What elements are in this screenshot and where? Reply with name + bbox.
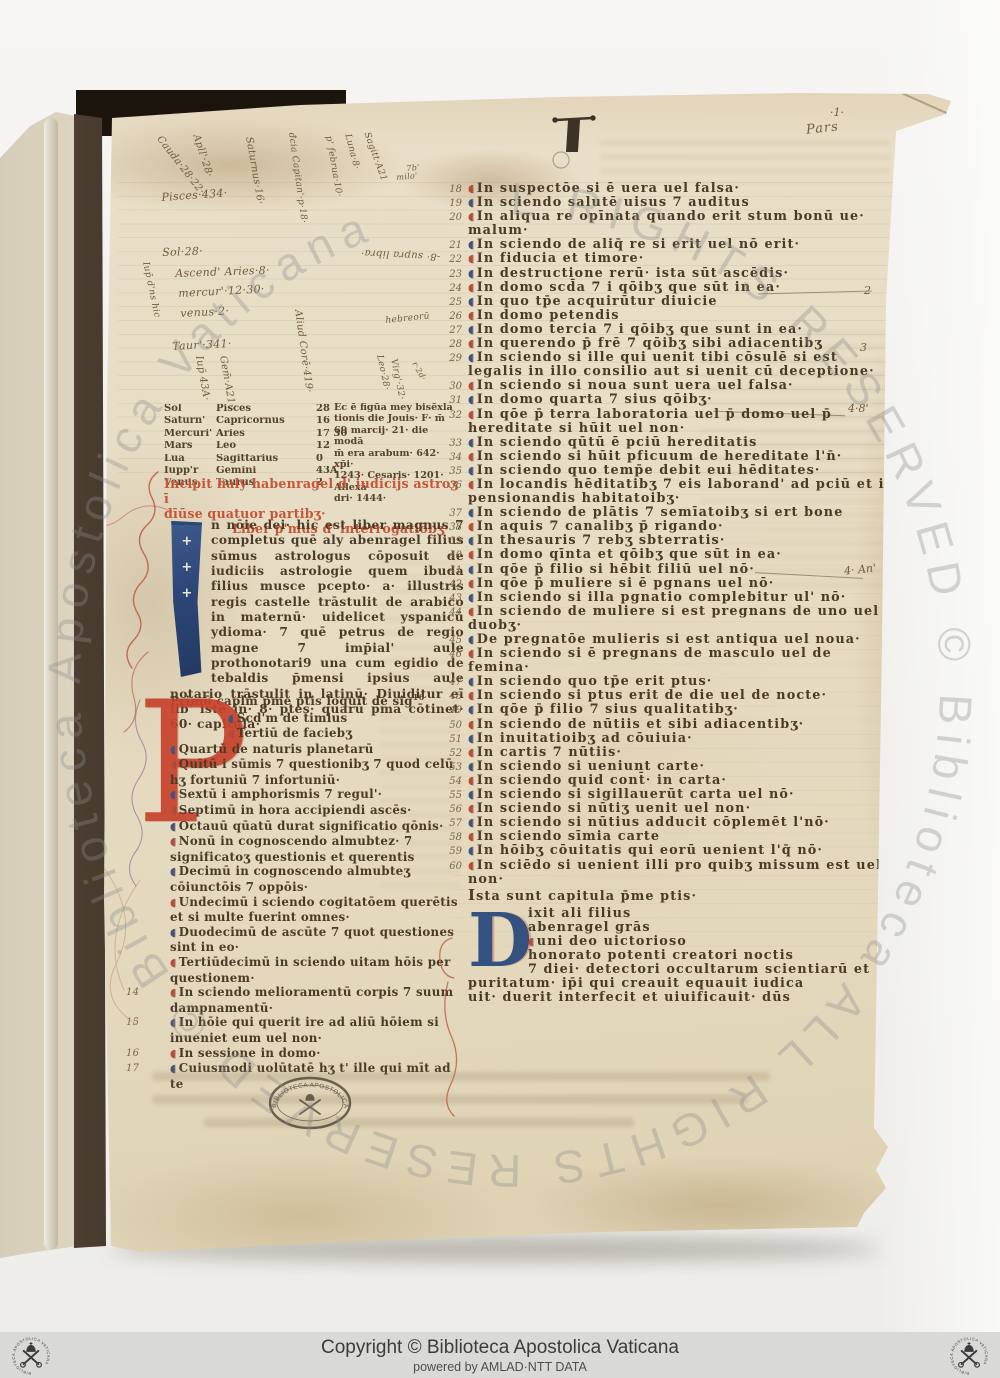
line-number: 45	[444, 634, 462, 648]
line-number: 56	[444, 803, 462, 817]
chapter-text: Decimū in cognoscendo almubteʒ cōiunctōi…	[170, 864, 411, 894]
paragraph-mark-icon: ◖	[170, 820, 176, 833]
paragraph-mark-icon: ◖	[468, 577, 474, 590]
paragraph-mark-icon: ◖	[468, 633, 474, 646]
paragraph-mark-icon: ◖	[170, 743, 176, 756]
capitulum-item: 51◖In inuitatioibʒ ad cōuiuia·	[468, 732, 892, 746]
paragraph-mark-icon: ◖	[170, 804, 176, 817]
capitulum-text: In aquis 7 canalibʒ p̄ rigando·	[477, 519, 724, 534]
line-number: 51	[444, 733, 462, 747]
paragraph-mark-icon: ◖	[170, 896, 176, 909]
planet-cell: Mars	[164, 441, 216, 451]
paragraph-mark-icon: ◖	[228, 712, 234, 725]
capitulum-text: De pregnatōe mulieris si est antiqua uel…	[477, 632, 861, 647]
capitulum-text: In sciēdo si uenient illi pro quibʒ miss…	[468, 858, 882, 887]
paragraph-mark-icon: ◖	[468, 746, 474, 759]
capitulum-item: 35◖In sciendo quo temp̄e debit eui hēdit…	[468, 464, 892, 478]
capitulum-text: In sciendo quo temp̄e debit eui hēditate…	[477, 463, 821, 478]
chapter-item: 14◖In sciendo melioramentū corpis 7 suum…	[170, 985, 466, 1015]
backdrop-highlight	[880, 0, 1000, 1332]
line-number: 43	[444, 592, 462, 606]
chapter-text: Undecimū i sciendo cogitatōem querētis e…	[170, 895, 458, 925]
paragraph-mark-icon: ◖	[468, 337, 474, 350]
capitulum-item: 26◖In domo petendis	[468, 309, 892, 323]
paragraph-mark-icon: ◖	[228, 727, 234, 740]
paragraph-mark-icon: ◖	[170, 835, 176, 848]
paragraph-mark-icon: ◖	[468, 703, 474, 716]
chapter-text: Octauū qūatū durat significatio qōnis·	[179, 819, 444, 833]
chapter-item: ◖Tertiū de faciebʒ	[170, 726, 466, 742]
capitulum-text: In sciendo si ille qui uenit tibi cōsulē…	[468, 350, 875, 379]
footer-bar: BIBLIOTECA APOSTOLICA VATICANA Copyright…	[0, 1332, 1000, 1378]
line-number: 60	[444, 860, 462, 874]
paragraph-mark-icon: ◖	[468, 830, 474, 843]
line-number: 30	[444, 380, 462, 394]
paragraph-mark-icon: ◖	[468, 816, 474, 829]
capitulum-item: 58◖In sciendo sīmia carte	[468, 830, 892, 844]
red-filigree	[127, 472, 158, 668]
chapter-text: Quītū i sūmis 7 questionibʒ 7 quod celū …	[170, 757, 454, 787]
chapter-item: ◖Scd'm de timius	[170, 711, 466, 727]
chapter-text: Sextū i amphorismis 7 regul'·	[179, 787, 382, 801]
capitulum-item: 25◖In quo tp̄e acquirūtur diuicie	[468, 295, 892, 309]
chapter-item: ◖Duodecimū de ascūte 7 quot questiones s…	[170, 925, 466, 955]
capitulum-item: 44◖In sciendo de muliere si est pregnans…	[468, 605, 892, 633]
line-number: 44	[444, 606, 462, 620]
capitulum-item: 57◖In sciendo si nūtius adducit cōplemēt…	[468, 816, 892, 830]
planet-cell: Saturn'	[164, 416, 216, 426]
capitulum-item: 39◖In thesauris 7 rebʒ sbterratis·	[468, 534, 892, 548]
capitulum-item: 45◖De pregnatōe mulieris si est antiqua …	[468, 633, 892, 647]
dedication-text: 7 diei· detectori occultarum scientiarū …	[528, 962, 870, 977]
paragraph-mark-icon: ◖	[468, 464, 474, 477]
paragraph-mark-icon: ◖	[468, 309, 474, 322]
line-number: 55	[444, 789, 462, 803]
line-number: 24	[444, 282, 462, 296]
line-number: 48	[444, 690, 462, 704]
paragraph-mark-icon: ◖	[468, 295, 474, 308]
dedication-text: abenragel grās	[528, 920, 651, 935]
paragraph-mark-icon: ◖	[468, 182, 474, 195]
capitulum-text: In destructione rerū· ista sūt ascēdis·	[477, 266, 789, 281]
line-number: 59	[444, 845, 462, 859]
dedication-text: honorato potenti creatori noctis	[528, 948, 794, 963]
line-number: 37	[444, 507, 462, 521]
line-number: 32	[444, 409, 462, 423]
chapter-number: 17	[126, 1062, 139, 1077]
folio-number: ·1·	[830, 106, 844, 119]
astro-table-row: LūaSagittarius0	[164, 454, 360, 466]
sign-cell: Leo	[216, 441, 316, 451]
paragraph-mark-icon: ◖	[468, 267, 474, 280]
dedication-text: ixit ali filius	[528, 906, 631, 921]
erased-inscription-line	[152, 1095, 748, 1104]
stamp-tiara-icon	[305, 1094, 314, 1101]
paragraph-mark-icon: ◖	[468, 534, 474, 547]
paragraph-mark-icon: ◖	[468, 563, 474, 576]
chapter-number: 14	[126, 986, 139, 1001]
capitulum-item: 47◖In sciendo quo tp̄e erit ptus·	[468, 675, 892, 689]
paragraph-mark-icon: ◖	[468, 408, 474, 421]
capitulum-text: In suspectōe si ē uera uel falsa·	[477, 181, 740, 196]
capitulum-item: 24◖In domo scd̄a 7 i qōibʒ que sūt in ea…	[468, 281, 892, 295]
astro-table-row: Saturn'Capricornus16	[164, 416, 360, 428]
paragraph-mark-icon: ◖	[170, 1047, 176, 1060]
capitulum-text: In cartis 7 nūtiis·	[477, 745, 622, 760]
line-number: 57	[444, 817, 462, 831]
line-number: 27	[444, 324, 462, 338]
pars-annotation: Pars	[805, 119, 839, 137]
capitulum-text: In locandis hēditatibʒ 7 eis laborand' a…	[468, 477, 885, 506]
marginal-note: Luna·8·	[342, 133, 361, 171]
library-stamp: BIBLIOTECA APOSTOLICA VAT·	[264, 1072, 356, 1134]
capitulum-text: In hōibʒ cōuitatis qui eorū uenient l'q̄…	[477, 843, 823, 858]
capitulum-text: In aliqua re opīnata quando erit stum bo…	[468, 209, 865, 238]
capitulum-item: 53◖In sciendo si ueniunt carte·	[468, 760, 892, 774]
chapter-number: 16	[126, 1047, 139, 1062]
capitulum-item: 46◖In sciendo si ē pregnans de masculo u…	[468, 647, 892, 675]
capitulum-item: 27◖In domo tercia 7 i qōibʒ que sunt in …	[468, 323, 892, 337]
line-number: 22	[444, 253, 462, 267]
capitulum-text: In sciendo salutē uisus 7 auditus	[477, 195, 750, 210]
chapter-text: Tertiūdecimū in sciendo uitam hōis per q…	[170, 955, 451, 985]
paragraph-mark-icon: ◖	[468, 760, 474, 773]
paragraph-mark-icon: ◖	[468, 591, 474, 604]
stamp-keys-icon	[300, 1100, 320, 1114]
paragraph-mark-icon: ◖	[468, 379, 474, 392]
capitulum-text: In thesauris 7 rebʒ sbterratis·	[477, 533, 726, 548]
line-number: 38	[444, 521, 462, 535]
paragraph-mark-icon: ◖	[468, 196, 474, 209]
astro-note-line: Ec ē figūa mey bisēxla	[334, 402, 456, 413]
capitulum-text: In fiducia et timore·	[477, 251, 645, 266]
vellum-page: ·1· Pars Cauda·28·22·Apll'·28·Saturnus·1…	[0, 0, 1000, 1332]
paragraph-mark-icon: ◖	[468, 436, 474, 449]
capitulum-item: 52◖In cartis 7 nūtiis·	[468, 746, 892, 760]
chapter-item: ◖Sextū i amphorismis 7 regul'·	[170, 787, 466, 803]
chapter-items: ◖Scd'm de timius ◖Tertiū de faciebʒ ◖Qua…	[170, 711, 466, 1092]
astro-note-line: 69 marcij· 21· die modā	[334, 425, 456, 448]
paragraph-mark-icon: ◖	[170, 926, 176, 939]
capitulum-text: In qōe p̄ filio si hēbit filiū uel nō·	[477, 562, 755, 577]
paragraph-mark-icon: ◖	[468, 450, 474, 463]
chapter-text: Scd'm de timius	[237, 711, 348, 725]
capitulum-text: In sciendo de aliq̄ re si erit uel nō er…	[477, 237, 800, 252]
line-number: 41	[444, 564, 462, 578]
paragraph-mark-icon: ◖	[468, 478, 474, 491]
powered-by-text: powered by AMLAD·NTT DATA	[0, 1360, 1000, 1374]
capitulum-item: 49◖In qōe p̄ filio 7 sius qualitatibʒ·	[468, 703, 892, 717]
paragraph-mark-icon: ◖	[468, 647, 474, 660]
capitulum-item: 29◖In sciendo si ille qui uenit tibi cōs…	[468, 351, 892, 379]
astro-table-row: SolPisces28	[164, 404, 360, 416]
paragraph-mark-icon: ◖	[468, 675, 474, 688]
paragraph-mark-icon: ◖	[468, 351, 474, 364]
paragraph-mark-icon: ◖	[468, 520, 474, 533]
capitula-column: 18◖In suspectōe si ē uera uel falsa· 19◖…	[468, 182, 892, 1005]
chapter-text: In sessione in domo·	[179, 1046, 321, 1060]
chapter-item: ◖Tertiūdecimū in sciendo uitam hōis per …	[170, 955, 466, 985]
capitulum-item: 40◖In domo qīnta et qōibʒ que sūt in ea·	[468, 548, 892, 562]
manuscript-viewer: ·1· Pars Cauda·28·22·Apll'·28·Saturnus·1…	[0, 0, 1000, 1378]
capitulum-item: 56◖In sciendo si nūtiʒ uenit uel non·	[468, 802, 892, 816]
paragraph-mark-icon: ◖	[170, 865, 176, 878]
planet-cell: Lūa	[164, 454, 216, 464]
capitulum-item: 22◖In fiducia et timore·	[468, 252, 892, 266]
sign-cell: Pisces	[216, 404, 316, 414]
paragraph-mark-icon: ◖	[468, 859, 474, 872]
planet-cell: Mercuri'	[164, 429, 216, 439]
line-number: 50	[444, 719, 462, 733]
capitulum-item: 48◖In sciendo si ptus erit de die uel de…	[468, 689, 892, 703]
capitulum-text: In sciendo si nūtius adducit cōplemēt l'…	[477, 815, 830, 830]
line-number: 23	[444, 268, 462, 282]
capitulum-text: In sciendo de muliere si est pregnans de…	[468, 604, 879, 633]
facing-page-ridge	[44, 118, 58, 1250]
capitulum-item: 36◖In locandis hēditatibʒ 7 eis laborand…	[468, 478, 892, 506]
paragraph-mark-icon: ◖	[468, 774, 474, 787]
chapter-item: ◖Undecimū i sciendo cogitatōem querētis …	[170, 895, 466, 925]
capitulum-item: 20◖In aliqua re opīnata quando erit stum…	[468, 210, 892, 238]
capitulum-text: In sciendo quo tp̄e erit ptus·	[477, 674, 713, 689]
capitulum-item: 18◖In suspectōe si ē uera uel falsa·	[468, 182, 892, 196]
pen-trial-mark	[548, 112, 608, 182]
chapter-item: ◖Nonū in cognoscendo almubtez· 7 signifi…	[170, 834, 466, 864]
capitulum-text: In sciendo de nūtiis et sibi adiacentibʒ…	[477, 717, 804, 732]
line-number: 19	[444, 197, 462, 211]
paragraph-mark-icon: ◖	[468, 506, 474, 519]
capitulum-text: In sciendo quid cont̄· in carta·	[477, 773, 727, 788]
erased-inscription-line	[152, 1072, 770, 1081]
capitulum-text: In sciendo si ē pregnans de masculo uel …	[468, 646, 832, 675]
ink-bleedthrough	[600, 140, 890, 185]
paragraph-mark-icon: ◖	[468, 718, 474, 731]
initial-ornament: + + +	[179, 529, 195, 607]
line-number: 54	[444, 775, 462, 789]
paragraph-mark-icon: ◖	[170, 986, 176, 999]
capitulum-item: 55◖In sciendo si sigillauerūt carta uel …	[468, 788, 892, 802]
capitulum-text: In querendo p̄ frē 7 qōibʒ sibi adiacent…	[477, 336, 823, 351]
capitulum-text: In sciendo sīmia carte	[477, 829, 660, 844]
capitulum-text: In sciendo de plātis 7 semīatoibʒ si ert…	[477, 505, 844, 520]
paragraph-mark-icon: ◖	[170, 758, 176, 771]
capitulum-text: In qōe p̄ terra laboratoria uel p̄ domo …	[468, 407, 832, 436]
chapter-list: P Primū caplm̄ p̄me ptis loquit de sig16…	[170, 690, 466, 1091]
line-number: 53	[444, 761, 462, 775]
chapter-text: Septimū in hora accipiendi ascēs·	[179, 803, 412, 817]
chapter-item: 15◖In hōie qui querit ire ad aliū hōiem …	[170, 1015, 466, 1045]
capitulum-text: In qōe p̄ filio 7 sius qualitatibʒ·	[477, 702, 739, 717]
capitulum-text: In sciendo si ueniunt carte·	[477, 759, 705, 774]
paragraph-mark-icon: ◖	[468, 210, 474, 223]
vatican-library-logo	[947, 1334, 991, 1378]
paragraph-mark-icon: ◖	[468, 548, 474, 561]
capitulum-text: In qōe p̄ muliere si ē pgnans uel nō·	[477, 576, 775, 591]
line-number: 29	[444, 352, 462, 366]
heading-superscript: 16	[413, 692, 425, 702]
paragraph-mark-icon: ◖	[468, 252, 474, 265]
paragraph-mark-icon: ◖	[468, 393, 474, 406]
capitulum-text: In quo tp̄e acquirūtur diuicie	[477, 294, 718, 309]
line-number: 25	[444, 296, 462, 310]
capitulum-text: In sciendo si illa pgnatio complebitur u…	[477, 590, 847, 605]
capitulum-item: 41◖In qōe p̄ filio si hēbit filiū uel nō…	[468, 563, 892, 577]
line-number: 34	[444, 451, 462, 465]
capitulum-item: 59◖In hōibʒ cōuitatis qui eorū uenient l…	[468, 844, 892, 858]
sign-cell: Aries	[216, 429, 316, 439]
marginal-note: Sol·28·	[162, 245, 203, 259]
chapter-item: ◖Septimū in hora accipiendi ascēs·	[170, 803, 466, 819]
paragraph-mark-icon: ◖	[468, 844, 474, 857]
chapter-text: Duodecimū de ascūte 7 quot questiones si…	[170, 925, 454, 955]
capitulum-item: 31◖In domo quarta 7 sius qōibʒ·	[468, 393, 892, 407]
line-number: 42	[444, 578, 462, 592]
chapter-text: Nonū in cognoscendo almubtez· 7 signific…	[170, 834, 415, 864]
chapter-item: ◖Quītū i sūmis 7 questionibʒ 7 quod celū…	[170, 757, 466, 787]
paragraph-mark-icon: ◖	[468, 281, 474, 294]
capitulum-item: 30◖In sciendo si noua sunt uera uel fals…	[468, 379, 892, 393]
capitulum-text: In domo quarta 7 sius qōibʒ·	[477, 392, 713, 407]
capitulum-text: In sciendo si nūtiʒ uenit uel non·	[477, 801, 751, 816]
paragraph-mark-icon: ◖	[170, 956, 176, 969]
line-number: 28	[444, 338, 462, 352]
line-number: 47	[444, 676, 462, 690]
capitulum-item: 60◖In sciēdo si uenient illi pro quibʒ m…	[468, 859, 892, 887]
chapter-item: ◖Octauū qūatū durat significatio qōnis·	[170, 819, 466, 835]
paragraph-mark-icon: ◖	[468, 788, 474, 801]
chapter-number: 15	[126, 1016, 139, 1031]
marginal-note: Sagitt·A21	[362, 131, 389, 183]
line-number: 26	[444, 310, 462, 324]
capitulum-text: In sciendo qūtū ē pciū hereditatis	[477, 435, 758, 450]
paragraph-mark-icon: ◖	[170, 788, 176, 801]
planet-cell: Sol	[164, 404, 216, 414]
marginal-note: venus·2·	[180, 304, 230, 320]
line-number: 40	[444, 549, 462, 563]
capitulum-text: In sciendo si noua sunt uera uel falsa·	[477, 378, 794, 393]
line-number: 21	[444, 239, 462, 253]
paragraph-mark-icon: ◖	[170, 1016, 176, 1029]
marginal-note: Apll'·28·	[191, 133, 215, 179]
paragraph-mark-icon: ◖	[468, 689, 474, 702]
line-number: 58	[444, 831, 462, 845]
chapter-text: In sciendo melioramentū corpis 7 suum da…	[170, 985, 453, 1015]
initial-i: + + +	[170, 521, 202, 677]
marginal-note: milo'	[396, 171, 418, 182]
chapter-text: In hōie qui querit ire ad aliū hōiem si …	[170, 1015, 439, 1045]
capitulum-text: In sciendo si hūit pficuum de hereditate…	[477, 449, 843, 464]
chapter-item: ◖Quartū de naturis planetarū	[170, 742, 466, 758]
astro-table-row: Mercuri'Aries17 30	[164, 429, 360, 441]
dedication-text: uni deo uictorioso	[537, 934, 687, 949]
chapter-text: Tertiū de faciebʒ	[237, 726, 353, 740]
paragraph-mark-icon: ◖	[468, 802, 474, 815]
capitulum-item: 50◖In sciendo de nūtiis et sibi adiacent…	[468, 718, 892, 732]
astro-note-line: m̄ era arabum· 642· xp̄i·	[334, 448, 456, 471]
capitulum-text: In sciendo si ptus erit de die uel de no…	[477, 688, 827, 703]
chapter-text: Quartū de naturis planetarū	[179, 742, 374, 756]
capitulum-item: 37◖In sciendo de plātis 7 semīatoibʒ si …	[468, 506, 892, 520]
capitulum-text: In sciendo si sigillauerūt carta uel nō·	[477, 787, 795, 802]
line-number: 35	[444, 465, 462, 479]
capitulum-text: In domo scd̄a 7 i qōibʒ que sūt in ea·	[477, 280, 781, 295]
capitulum-item: 54◖In sciendo quid cont̄· in carta·	[468, 774, 892, 788]
capitulum-item: 19◖In sciendo salutē uisus 7 auditus	[468, 196, 892, 210]
sign-cell: Sagittarius	[216, 454, 316, 464]
capitulum-text: In domo petendis	[477, 308, 620, 323]
capitulum-item: 32◖In qōe p̄ terra laboratoria uel p̄ do…	[468, 408, 892, 436]
line-number: 49	[444, 704, 462, 718]
paragraph-mark-icon: ◖	[468, 605, 474, 618]
line-number: 46	[444, 648, 462, 662]
dedication-text: uit· duerit interfecit et uiuificauit· d…	[468, 990, 791, 1005]
capitulum-text: In inuitatioibʒ ad cōuiuia·	[477, 731, 693, 746]
chapter-item: 16◖In sessione in domo·	[170, 1046, 466, 1062]
sign-cell: Gemini	[216, 466, 316, 476]
line-number: 33	[444, 437, 462, 451]
line-number: 39	[444, 535, 462, 549]
capitula-items: 18◖In suspectōe si ē uera uel falsa· 19◖…	[468, 182, 892, 887]
capitulum-item: 43◖In sciendo si illa pgnatio complebitu…	[468, 591, 892, 605]
capitulum-item: 34◖In sciendo si hūit pficuum de heredit…	[468, 450, 892, 464]
rubric-line: Incipit haly habenragel d' iudicijs astr…	[164, 476, 464, 506]
line-number: 36	[444, 479, 462, 493]
line-number: 52	[444, 747, 462, 761]
dedication-line: uit· duerit interfecit et uiuificauit· d…	[468, 991, 892, 1005]
chapter-item: ◖Decimū in cognoscendo almubteʒ cōiunctō…	[170, 864, 466, 894]
astro-note-line: tionis die Jouis· F· m̄	[334, 413, 456, 424]
capitulum-item: 28◖In querendo p̄ frē 7 qōibʒ sibi adiac…	[468, 337, 892, 351]
line-number: 18	[444, 183, 462, 197]
capitulum-item: 38◖In aquis 7 canalibʒ p̄ rigando·	[468, 520, 892, 534]
capitulum-item: 42◖In qōe p̄ muliere si ē pgnans uel nō·	[468, 577, 892, 591]
dedication-block: D ixit ali filius abenragel grās ◖uni de…	[468, 907, 892, 1006]
astro-table-row: MarsLeo12	[164, 441, 360, 453]
capitulum-item: 21◖In sciendo de aliq̄ re si erit uel nō…	[468, 238, 892, 252]
paragraph-mark-icon: ◖	[468, 732, 474, 745]
line-number: 31	[444, 394, 462, 408]
capitulum-text: In domo qīnta et qōibʒ que sūt in ea·	[477, 547, 782, 562]
line-number: 20	[444, 211, 462, 225]
capitulum-item: 33◖In sciendo qūtū ē pciū hereditatis	[468, 436, 892, 450]
capitulum-text: In domo tercia 7 i qōibʒ que sunt in ea·	[477, 322, 803, 337]
initial-d: D	[468, 911, 520, 977]
copyright-text: Copyright © Biblioteca Apostolica Vatica…	[0, 1337, 1000, 1359]
paragraph-mark-icon: ◖	[468, 323, 474, 336]
paragraph-mark-icon: ◖	[468, 238, 474, 251]
sign-cell: Capricornus	[216, 416, 316, 426]
capitulum-item: 23◖In destructione rerū· ista sūt ascēdi…	[468, 267, 892, 281]
planet-cell: Iupp'r	[164, 466, 216, 476]
